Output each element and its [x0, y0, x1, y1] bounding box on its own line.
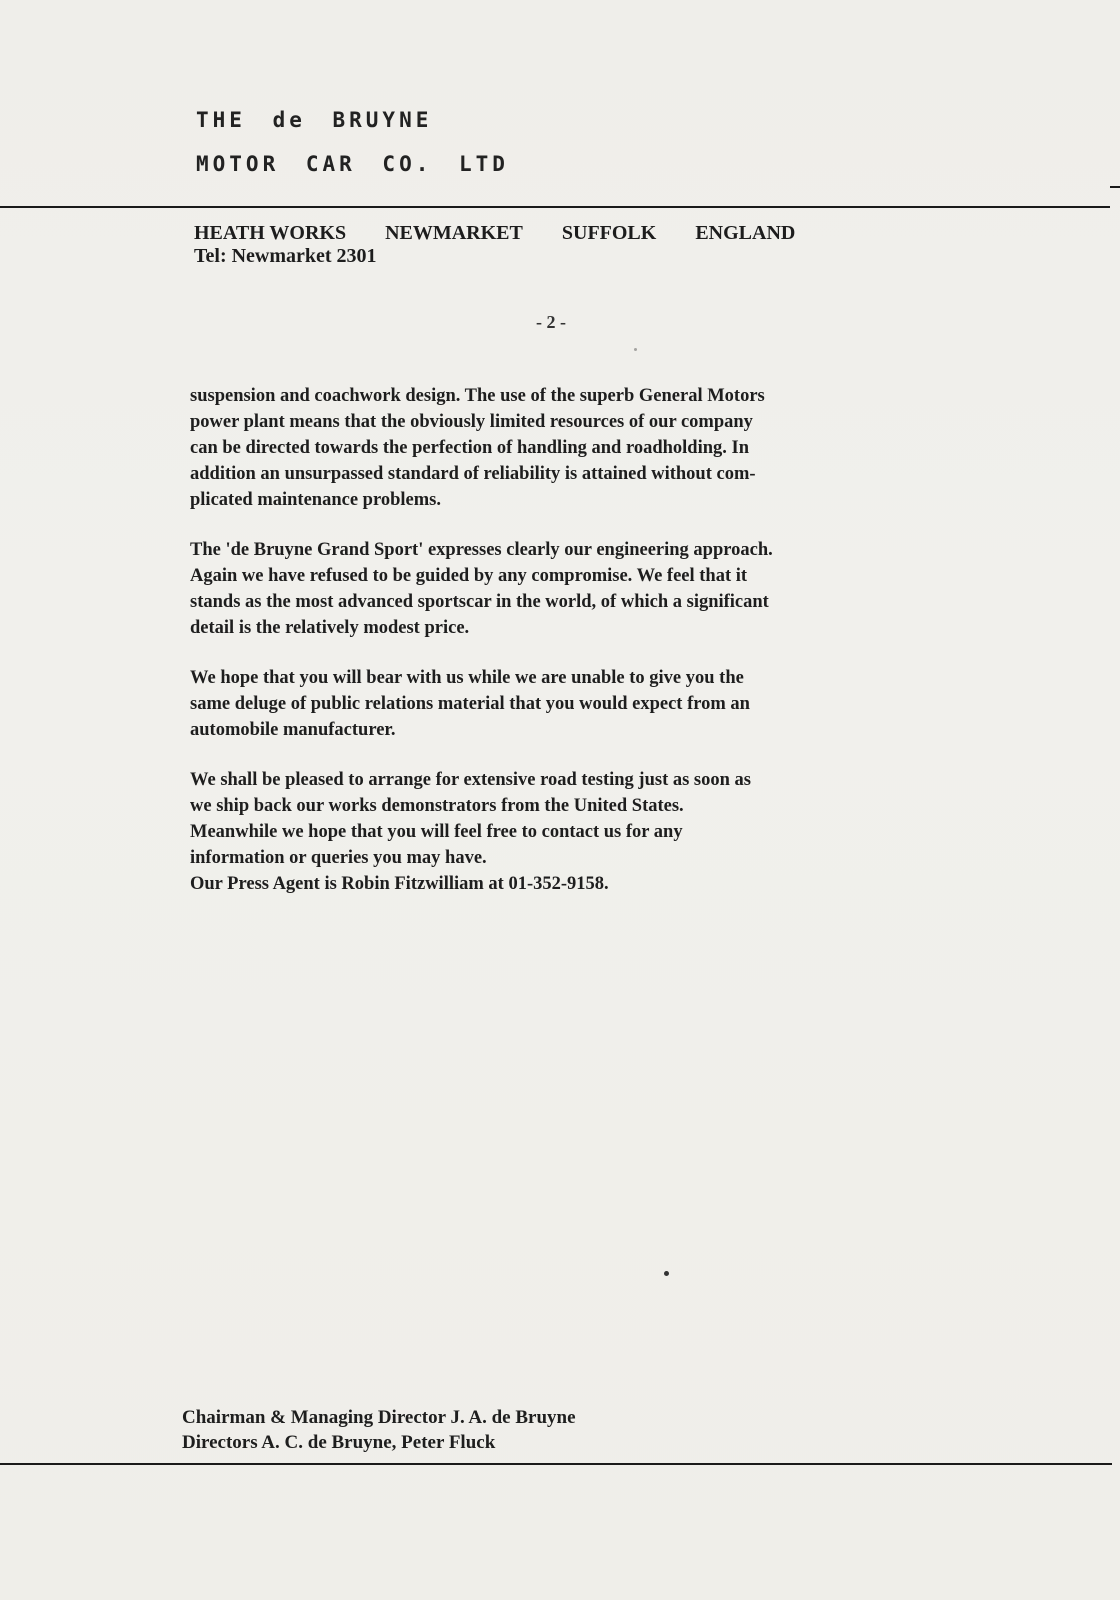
- paragraph: We hope that you will bear with us while…: [190, 665, 1050, 743]
- text-line: can be directed towards the perfection o…: [190, 435, 1050, 461]
- footer-rule: [0, 1463, 1112, 1465]
- telephone-line: Tel: Newmarket 2301: [194, 245, 829, 268]
- paper-speck: [664, 1271, 669, 1276]
- text-line: Again we have refused to be guided by an…: [190, 563, 1050, 589]
- text-line: detail is the relatively modest price.: [190, 615, 1050, 641]
- address-town: NEWMARKET: [385, 222, 523, 244]
- directors-line: Directors A. C. de Bruyne, Peter Fluck: [182, 1430, 576, 1455]
- letter-body: suspension and coachwork design. The use…: [190, 383, 1050, 921]
- text-line: power plant means that the obviously lim…: [190, 409, 1050, 435]
- text-line: Our Press Agent is Robin Fitzwilliam at …: [190, 871, 1050, 897]
- text-line: same deluge of public relations material…: [190, 691, 1050, 717]
- text-line: We shall be pleased to arrange for exten…: [190, 767, 1050, 793]
- company-name-line-2: MOTOR CAR CO. LTD: [196, 152, 509, 176]
- letter-footer: Chairman & Managing Director J. A. de Br…: [182, 1405, 576, 1455]
- text-line: We hope that you will bear with us while…: [190, 665, 1050, 691]
- text-line: stands as the most advanced sportscar in…: [190, 589, 1050, 615]
- text-line: The 'de Bruyne Grand Sport' expresses cl…: [190, 537, 1050, 563]
- paragraph: The 'de Bruyne Grand Sport' expresses cl…: [190, 537, 1050, 641]
- address-county: SUFFOLK: [562, 222, 656, 244]
- letter-page: THE de BRUYNE MOTOR CAR CO. LTD HEATH WO…: [0, 0, 1120, 1600]
- chairman-line: Chairman & Managing Director J. A. de Br…: [182, 1405, 576, 1430]
- text-line: plicated maintenance problems.: [190, 487, 1050, 513]
- text-line: suspension and coachwork design. The use…: [190, 383, 1050, 409]
- text-line: addition an unsurpassed standard of reli…: [190, 461, 1050, 487]
- text-line: automobile manufacturer.: [190, 717, 1050, 743]
- text-line: Meanwhile we hope that you will feel fre…: [190, 819, 1050, 845]
- address-country: ENGLAND: [695, 222, 795, 244]
- paragraph: suspension and coachwork design. The use…: [190, 383, 1050, 513]
- page-number: - 2 -: [536, 312, 566, 333]
- margin-tick-mark: [1110, 186, 1120, 188]
- text-line: information or queries you may have.: [190, 845, 1050, 871]
- letterhead-rule: [0, 206, 1110, 208]
- address-works: HEATH WORKS: [194, 222, 346, 244]
- paragraph: We shall be pleased to arrange for exten…: [190, 767, 1050, 897]
- paper-speck: [634, 348, 637, 351]
- company-name-line-1: THE de BRUYNE: [196, 108, 432, 132]
- address-line: HEATH WORKS NEWMARKET SUFFOLK ENGLAND: [194, 222, 829, 245]
- text-line: we ship back our works demonstrators fro…: [190, 793, 1050, 819]
- letterhead-address: HEATH WORKS NEWMARKET SUFFOLK ENGLAND Te…: [194, 222, 829, 268]
